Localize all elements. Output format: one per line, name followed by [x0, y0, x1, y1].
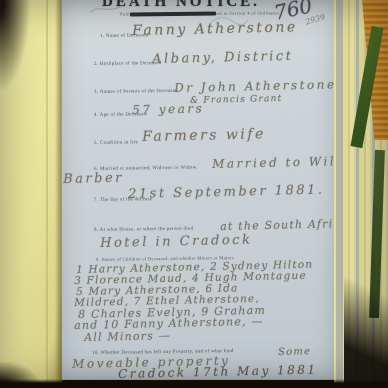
dark-bottom-edge	[0, 379, 388, 388]
field-value-name: Fanny Atherstone	[132, 19, 298, 39]
page-crease	[46, 0, 48, 384]
field-value-age: 57 years	[132, 101, 204, 117]
field-value-married-1: Married to Willm	[212, 154, 334, 171]
dark-corner-top-left	[0, 0, 30, 90]
field-value-place-1: at the South African	[220, 217, 334, 233]
field-label-condition: 5. Condition in life	[94, 140, 138, 146]
field-value-condition: Farmers wife	[142, 126, 266, 145]
field-value-birthplace: Albany, District	[152, 49, 294, 67]
field-value-parents-1: Dr John Atherstone	[174, 77, 334, 95]
field-value-place-2: Hotel in Cradock	[100, 233, 253, 251]
children-minors-note: All Minors —	[84, 329, 171, 344]
field-value-married-2: Barber	[63, 171, 124, 187]
field-value-property-1: Some	[278, 346, 311, 358]
field-label-place-of-death: 8. At what House, or where the person di…	[94, 227, 193, 233]
pencil-scribble	[88, 1, 126, 17]
dark-corner-bottom-right	[344, 258, 388, 388]
page-edge-gap	[336, 0, 340, 388]
form-page: DEATH NOTICE. 760 2939 Published in term…	[62, 0, 334, 380]
field-label-parents: 3. Names of Parents of the Deceased	[94, 89, 178, 95]
field-value-decease-day: 21st September 1881.	[128, 183, 325, 202]
death-notice-photo: DEATH NOTICE. 760 2939 Published in term…	[0, 0, 388, 388]
